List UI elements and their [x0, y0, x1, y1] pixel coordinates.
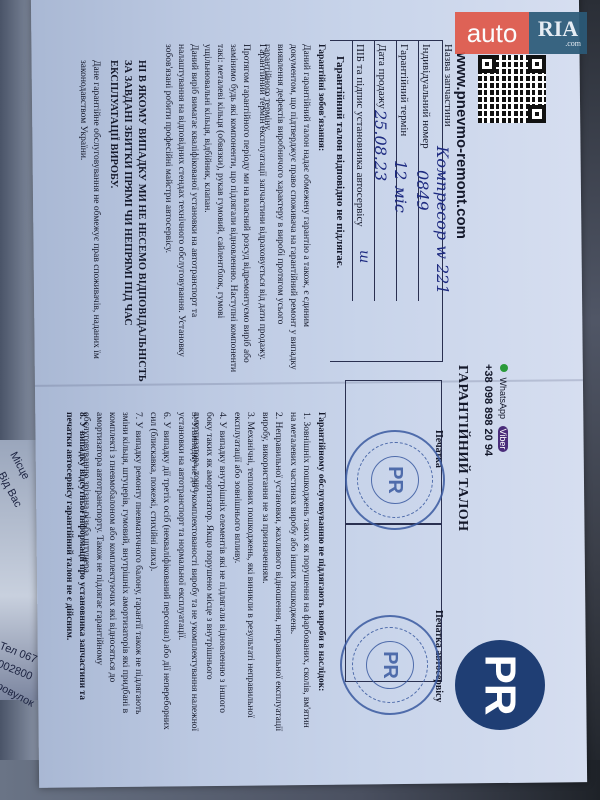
seller-stamp: PR: [345, 430, 445, 530]
autoria-watermark: auto RIA .com: [455, 12, 587, 54]
service-stamp: PR: [340, 615, 440, 715]
website-url: www.pnevmo-remont.com: [453, 52, 470, 239]
obligations-heading: Гарантійні зобов'язання:: [314, 44, 327, 151]
field-value-warranty-term: 12 міс: [391, 160, 410, 213]
phone-number: +38 098 898 20 94: [482, 364, 494, 456]
obligations-footer: Дане гарантійне обслуговування не обмежу…: [76, 60, 102, 390]
field-value-serial: 0849: [413, 170, 432, 211]
exclusion-item-2: 2. Неправильної установки, жахливого від…: [258, 412, 284, 732]
document-title: ГАРАНТІЙНИЙ ТАЛОН: [454, 365, 470, 532]
obligations-para-3: Протягом гарантійного періоду ми на влас…: [200, 44, 252, 374]
field-label-installer: ПІБ та підпис установника автосервісу: [354, 44, 366, 227]
messenger-labels: WhatsApp Viber: [498, 364, 508, 452]
company-logo: PR: [455, 640, 545, 730]
watermark-auto: auto: [455, 12, 529, 54]
obligations-para-4: Даний виріб вимагає кваліфікованої устан…: [161, 44, 200, 374]
form-note: Гарантійний талон відповідно не підлягає…: [334, 56, 346, 268]
underlying-text: Місце: [7, 450, 31, 482]
installer-signature: ш: [356, 250, 372, 263]
exclusion-item-6: 6. У випадку дії третіх осіб (некваліфік…: [146, 412, 172, 732]
field-label-warranty-term: Гарантійний термін: [398, 44, 410, 136]
qr-code: [478, 55, 546, 123]
whatsapp-icon: [500, 364, 508, 372]
viber-badge: Viber: [498, 426, 508, 453]
obligations-para-2: Гарантійний термін експлуатації запчасти…: [255, 44, 268, 374]
field-label-sale-date: Дата продажу: [376, 44, 388, 109]
field-value-sale-date: 25.08.23: [371, 110, 390, 181]
exclusion-item-8: 8. У випадку відсутньої інформації про у…: [62, 412, 88, 732]
watermark-ria: RIA .com: [529, 12, 587, 54]
field-label-part-name: Назва запчастини: [442, 44, 454, 127]
exclusion-item-3: 3. Механічні, теплових пошкоджень, які в…: [230, 412, 256, 732]
exclusion-item-1: 1. Зовнішніх пошкоджень таких як порушен…: [286, 412, 312, 732]
exclusion-item-7: 7. У випадку ремонту пневматичного балон…: [79, 412, 144, 732]
exclusion-item-5: 5. У випадку не до укомплектованості вир…: [174, 412, 200, 732]
liability-disclaimer: НІ В ЯКОМУ ВИПАДКУ МИ НЕ НЕСЕМО ВІДПОВІД…: [106, 60, 148, 390]
field-value-part-name: Компресор w 221: [433, 146, 452, 295]
exclusions-heading: Гарантійному обслуговуванню не підлягают…: [314, 412, 327, 691]
field-label-serial: Індивідуальний номер: [420, 44, 432, 149]
